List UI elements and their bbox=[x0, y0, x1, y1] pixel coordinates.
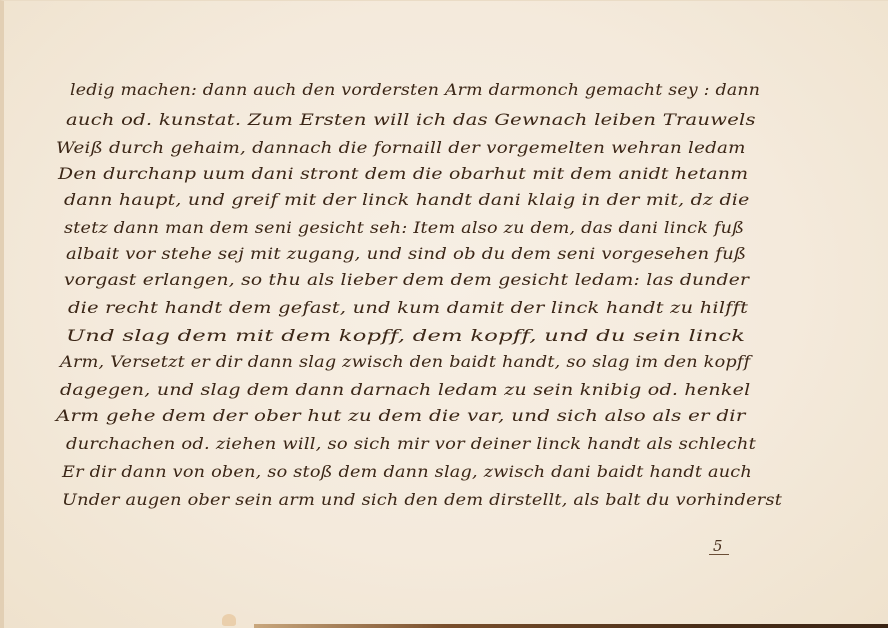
manuscript-line: die recht handt dem gefast, und kum dami… bbox=[68, 299, 748, 317]
folio-mark: 5 bbox=[709, 539, 729, 555]
manuscript-line: Den durchanp uum dani stront dem die oba… bbox=[58, 165, 748, 183]
manuscript-line: Arm gehe dem der ober hut zu dem die var… bbox=[56, 407, 746, 425]
manuscript-line: Under augen ober sein arm und sich den d… bbox=[62, 491, 782, 509]
manuscript-line: auch od. kunstat. Zum Ersten will ich da… bbox=[66, 111, 756, 129]
paper-stain bbox=[222, 614, 236, 626]
manuscript-line: albait vor stehe sej mit zugang, und sin… bbox=[66, 245, 746, 263]
manuscript-line: dagegen, und slag dem dann darnach ledam… bbox=[60, 381, 750, 399]
manuscript-line: ledig machen: dann auch den vordersten A… bbox=[70, 81, 760, 99]
manuscript-line: Weiß durch gehaim, dannach die fornaill … bbox=[56, 139, 746, 157]
manuscript-line: vorgast erlangen, so thu als lieber dem … bbox=[64, 271, 749, 289]
manuscript-page: ledig machen: dann auch den vordersten A… bbox=[0, 0, 888, 628]
page-bottom-edge bbox=[254, 624, 888, 628]
manuscript-line: durchachen od. ziehen will, so sich mir … bbox=[66, 435, 756, 453]
manuscript-line: stetz dann man dem seni gesicht seh: Ite… bbox=[64, 219, 744, 237]
manuscript-line: Und slag dem mit dem kopff, dem kopff, u… bbox=[66, 327, 745, 345]
manuscript-line: Er dir dann von oben, so stoß dem dann s… bbox=[62, 463, 752, 481]
manuscript-line: Arm, Versetzt er dir dann slag zwisch de… bbox=[60, 353, 750, 371]
manuscript-line: dann haupt, und greif mit der linck hand… bbox=[64, 191, 750, 209]
